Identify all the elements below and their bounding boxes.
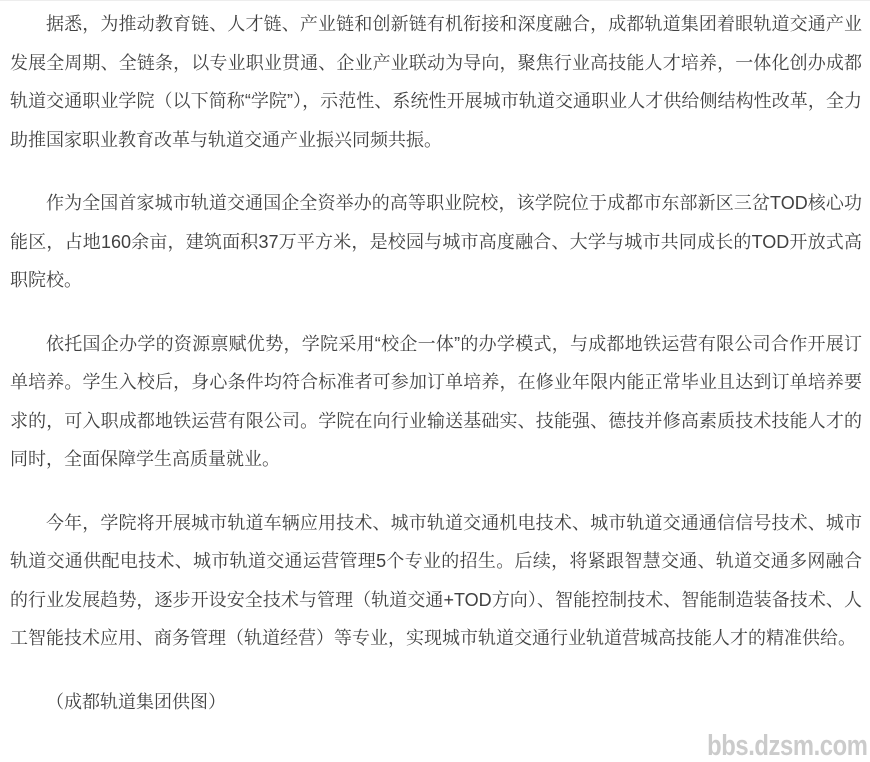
article-paragraph: 依托国企办学的资源禀赋优势，学院采用“校企一体”的办学模式，与成都地铁运营有限公… (10, 325, 862, 479)
article-paragraph: 据悉，为推动教育链、人才链、产业链和创新链有机衔接和深度融合，成都轨道集团着眼轨… (10, 5, 862, 159)
site-watermark: bbs.dzsm.com (707, 732, 867, 761)
page: { "page": { "background": "#ffffff", "te… (0, 0, 870, 762)
photo-credit-caption: （成都轨道集团供图） (10, 683, 862, 722)
article-body: 据悉，为推动教育链、人才链、产业链和创新链有机衔接和深度融合，成都轨道集团着眼轨… (0, 1, 870, 721)
article-paragraph: 作为全国首家城市轨道交通国企全资举办的高等职业院校，该学院位于成都市东部新区三岔… (10, 184, 862, 300)
article-paragraph: 今年，学院将开展城市轨道车辆应用技术、城市轨道交通机电技术、城市轨道交通通信信号… (10, 504, 862, 658)
